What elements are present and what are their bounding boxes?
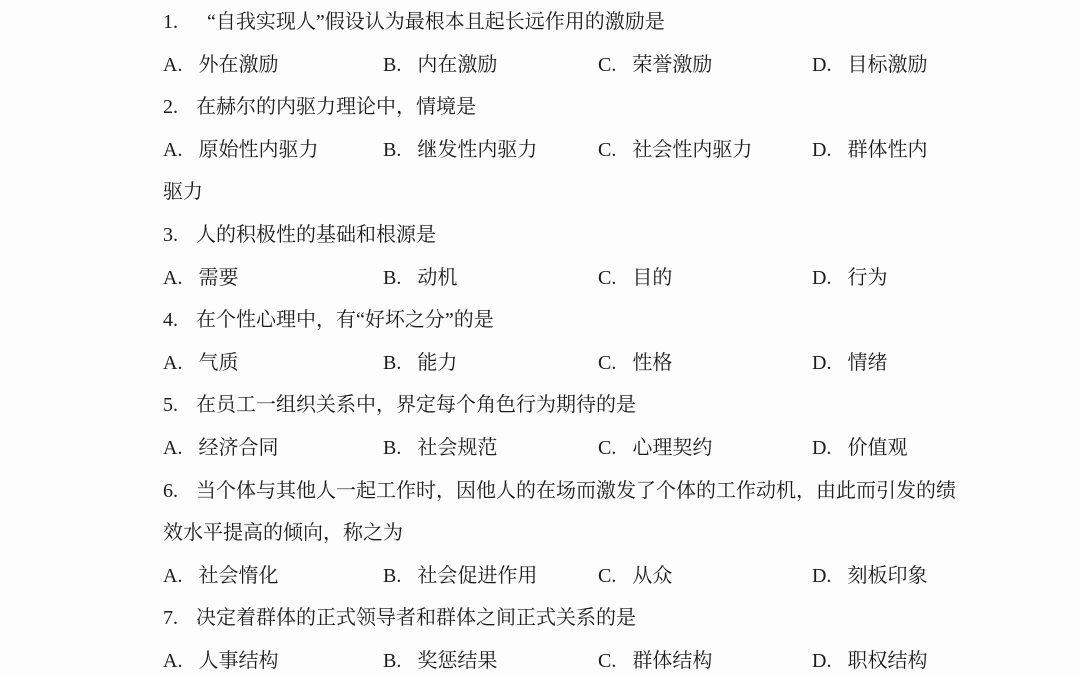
question-2-option-d: D. 群体性内 xyxy=(812,129,927,172)
option-text: 动机 xyxy=(417,267,457,289)
option-text: 刻板印象 xyxy=(847,565,927,587)
question-1-number: 1. xyxy=(163,1,178,44)
question-6-text-line-1: 当个体与其他人一起工作时，因他人的在场而激发了个体的工作动机，由此而引发的绩 xyxy=(196,480,956,502)
question-2-number: 2. xyxy=(163,86,178,129)
option-label: D. xyxy=(812,267,831,289)
option-text: 心理契约 xyxy=(632,437,712,459)
question-7-options: A. 人事结构 B. 奖惩结果 C. 群体结构 D. 职权结构 xyxy=(163,640,953,675)
option-text: 内在激励 xyxy=(417,54,497,76)
question-6-stem-line-1: 6. 当个体与其他人一起工作时，因他人的在场而激发了个体的工作动机，由此而引发的… xyxy=(163,470,953,513)
option-text: 需要 xyxy=(198,267,238,289)
option-label: A. xyxy=(163,139,182,161)
question-3-option-c: C. 目的 xyxy=(598,257,672,300)
option-d-wrapped-text: 驱力 xyxy=(163,181,203,203)
option-text: 社会规范 xyxy=(417,437,497,459)
question-6-option-b: B. 社会促进作用 xyxy=(383,555,537,598)
option-text: 价值观 xyxy=(847,437,907,459)
option-text: 从众 xyxy=(632,565,672,587)
question-6-option-d: D. 刻板印象 xyxy=(812,555,927,598)
option-label: D. xyxy=(812,139,831,161)
option-label: B. xyxy=(383,650,401,672)
option-text: 奖惩结果 xyxy=(417,650,497,672)
question-1-stem: 1. “自我实现人”假设认为最根本且起长远作用的激励是 xyxy=(163,1,953,44)
option-text: 性格 xyxy=(632,352,672,374)
question-4-option-d: D. 情绪 xyxy=(812,342,887,385)
question-7-option-d: D. 职权结构 xyxy=(812,640,927,675)
question-3-option-a: A. 需要 xyxy=(163,257,238,300)
option-text: 群体结构 xyxy=(632,650,712,672)
question-7-text: 决定着群体的正式领导者和群体之间正式关系的是 xyxy=(196,607,636,629)
option-label: C. xyxy=(598,650,616,672)
option-text: 原始性内驱力 xyxy=(198,139,318,161)
option-label: C. xyxy=(598,565,616,587)
option-text: 人事结构 xyxy=(198,650,278,672)
option-label: C. xyxy=(598,267,616,289)
option-label: B. xyxy=(383,54,401,76)
option-label: C. xyxy=(598,54,616,76)
option-label: D. xyxy=(812,437,831,459)
option-text: 情绪 xyxy=(847,352,887,374)
option-text: 能力 xyxy=(417,352,457,374)
question-5-text: 在员工一组织关系中，界定每个角色行为期待的是 xyxy=(196,394,636,416)
question-6-text-line-2: 效水平提高的倾向，称之为 xyxy=(163,522,403,544)
option-label: B. xyxy=(383,437,401,459)
question-6-stem-line-2: 效水平提高的倾向，称之为 xyxy=(163,512,953,555)
question-4-number: 4. xyxy=(163,299,178,342)
question-3-option-d: D. 行为 xyxy=(812,257,887,300)
question-5-option-c: C. 心理契约 xyxy=(598,427,712,470)
option-text: 外在激励 xyxy=(198,54,278,76)
option-label: A. xyxy=(163,54,182,76)
question-5-options: A. 经济合同 B. 社会规范 C. 心理契约 D. 价值观 xyxy=(163,427,953,470)
question-4-text: 在个性心理中，有“好坏之分”的是 xyxy=(196,309,494,331)
option-text: 群体性内 xyxy=(847,139,927,161)
question-3-options: A. 需要 B. 动机 C. 目的 D. 行为 xyxy=(163,257,953,300)
option-label: A. xyxy=(163,565,182,587)
question-5-number: 5. xyxy=(163,384,178,427)
option-text: 目的 xyxy=(632,267,672,289)
option-label: C. xyxy=(598,352,616,374)
option-text: 社会性内驱力 xyxy=(632,139,752,161)
question-3-stem: 3. 人的积极性的基础和根源是 xyxy=(163,214,953,257)
option-label: A. xyxy=(163,437,182,459)
question-7-number: 7. xyxy=(163,597,178,640)
option-label: D. xyxy=(812,650,831,672)
exam-document-page: 1. “自我实现人”假设认为最根本且起长远作用的激励是 A. 外在激励 B. 内… xyxy=(0,0,1080,675)
question-2-option-c: C. 社会性内驱力 xyxy=(598,129,752,172)
question-5-option-d: D. 价值观 xyxy=(812,427,907,470)
question-5-option-a: A. 经济合同 xyxy=(163,427,278,470)
option-label: D. xyxy=(812,54,831,76)
option-text: 经济合同 xyxy=(198,437,278,459)
option-label: B. xyxy=(383,267,401,289)
question-1-option-a: A. 外在激励 xyxy=(163,44,278,87)
option-label: D. xyxy=(812,565,831,587)
question-3-option-b: B. 动机 xyxy=(383,257,457,300)
exam-content: 1. “自我实现人”假设认为最根本且起长远作用的激励是 A. 外在激励 B. 内… xyxy=(163,1,953,675)
question-2-stem: 2. 在赫尔的内驱力理论中，情境是 xyxy=(163,86,953,129)
question-5-option-b: B. 社会规范 xyxy=(383,427,497,470)
option-label: B. xyxy=(383,352,401,374)
option-text: 职权结构 xyxy=(847,650,927,672)
question-3-text: 人的积极性的基础和根源是 xyxy=(196,224,436,246)
option-label: B. xyxy=(383,139,401,161)
question-2-option-d-continuation: 驱力 xyxy=(163,171,953,214)
question-1-text: “自我实现人”假设认为最根本且起长远作用的激励是 xyxy=(207,11,665,33)
question-4-option-b: B. 能力 xyxy=(383,342,457,385)
question-2-option-b: B. 继发性内驱力 xyxy=(383,129,537,172)
question-3-number: 3. xyxy=(163,214,178,257)
option-label: C. xyxy=(598,139,616,161)
question-2-text: 在赫尔的内驱力理论中，情境是 xyxy=(196,96,476,118)
question-2-options: A. 原始性内驱力 B. 继发性内驱力 C. 社会性内驱力 D. 群体性内 xyxy=(163,129,953,172)
question-4-option-a: A. 气质 xyxy=(163,342,238,385)
question-6-option-c: C. 从众 xyxy=(598,555,672,598)
question-7-stem: 7. 决定着群体的正式领导者和群体之间正式关系的是 xyxy=(163,597,953,640)
option-label: A. xyxy=(163,267,182,289)
option-text: 气质 xyxy=(198,352,238,374)
option-text: 行为 xyxy=(847,267,887,289)
question-1-option-d: D. 目标激励 xyxy=(812,44,927,87)
option-label: C. xyxy=(598,437,616,459)
question-4-stem: 4. 在个性心理中，有“好坏之分”的是 xyxy=(163,299,953,342)
option-text: 社会促进作用 xyxy=(417,565,537,587)
option-label: A. xyxy=(163,352,182,374)
option-label: D. xyxy=(812,352,831,374)
option-text: 荣誉激励 xyxy=(632,54,712,76)
question-5-stem: 5. 在员工一组织关系中，界定每个角色行为期待的是 xyxy=(163,384,953,427)
option-text: 目标激励 xyxy=(847,54,927,76)
question-1-options: A. 外在激励 B. 内在激励 C. 荣誉激励 D. 目标激励 xyxy=(163,44,953,87)
question-6-options: A. 社会惰化 B. 社会促进作用 C. 从众 D. 刻板印象 xyxy=(163,555,953,598)
question-7-option-b: B. 奖惩结果 xyxy=(383,640,497,675)
question-2-option-a: A. 原始性内驱力 xyxy=(163,129,318,172)
question-1-option-b: B. 内在激励 xyxy=(383,44,497,87)
question-7-option-a: A. 人事结构 xyxy=(163,640,278,675)
question-6-option-a: A. 社会惰化 xyxy=(163,555,278,598)
question-4-option-c: C. 性格 xyxy=(598,342,672,385)
question-7-option-c: C. 群体结构 xyxy=(598,640,712,675)
question-6-number: 6. xyxy=(163,470,178,513)
option-text: 继发性内驱力 xyxy=(417,139,537,161)
option-label: A. xyxy=(163,650,182,672)
option-text: 社会惰化 xyxy=(198,565,278,587)
option-label: B. xyxy=(383,565,401,587)
question-1-option-c: C. 荣誉激励 xyxy=(598,44,712,87)
question-4-options: A. 气质 B. 能力 C. 性格 D. 情绪 xyxy=(163,342,953,385)
